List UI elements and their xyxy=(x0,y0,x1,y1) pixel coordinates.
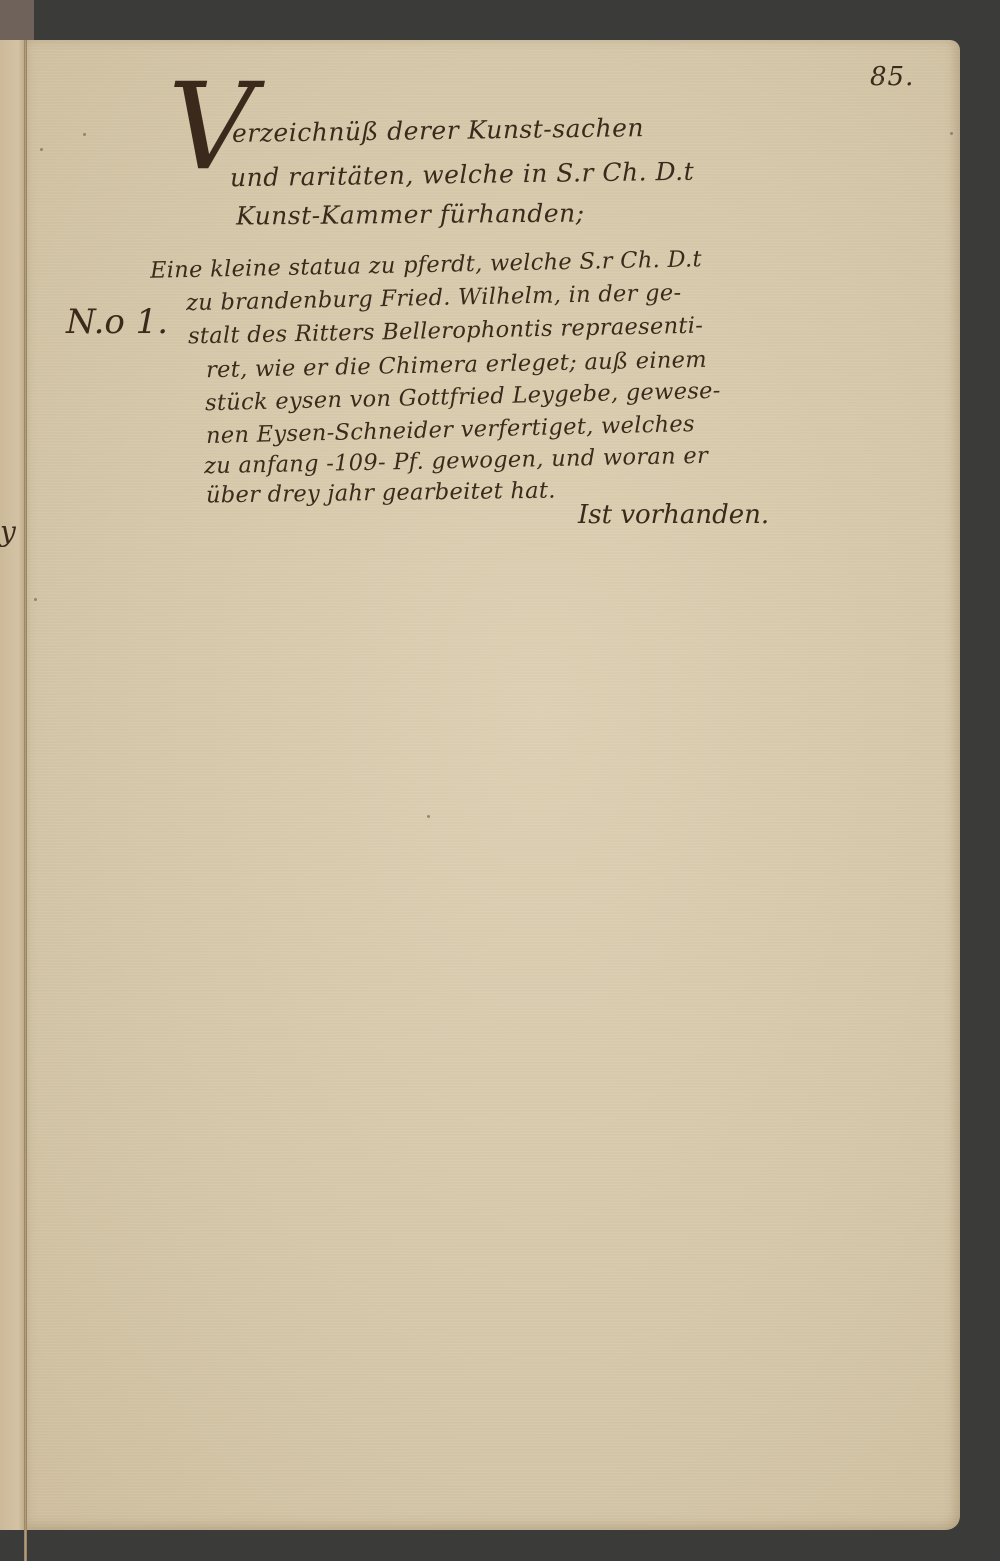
heading-line-1: erzeichnüß derer Kunst-sachen xyxy=(232,113,644,148)
binding-top-strip xyxy=(0,0,34,40)
paper-speck xyxy=(880,80,883,83)
entry-status-note: Ist vorhanden. xyxy=(578,500,769,530)
paper-speck xyxy=(40,148,43,151)
entry-number: N.o 1. xyxy=(66,302,168,342)
paper-speck xyxy=(950,132,953,135)
heading-line-3: Kunst-Kammer fürhanden; xyxy=(236,198,585,230)
previous-page-fragment: y xyxy=(0,515,20,548)
paper-speck xyxy=(34,598,37,601)
folio-number: 85. xyxy=(870,62,914,92)
previous-page-edge xyxy=(0,40,26,1530)
entry-line-8: über drey jahr gearbeitet hat. xyxy=(206,478,556,509)
paper-speck xyxy=(427,815,430,818)
manuscript-scan: y 85. V erzeichnüß derer Kunst-sachen un… xyxy=(0,0,1000,1561)
paper-speck xyxy=(83,133,86,136)
